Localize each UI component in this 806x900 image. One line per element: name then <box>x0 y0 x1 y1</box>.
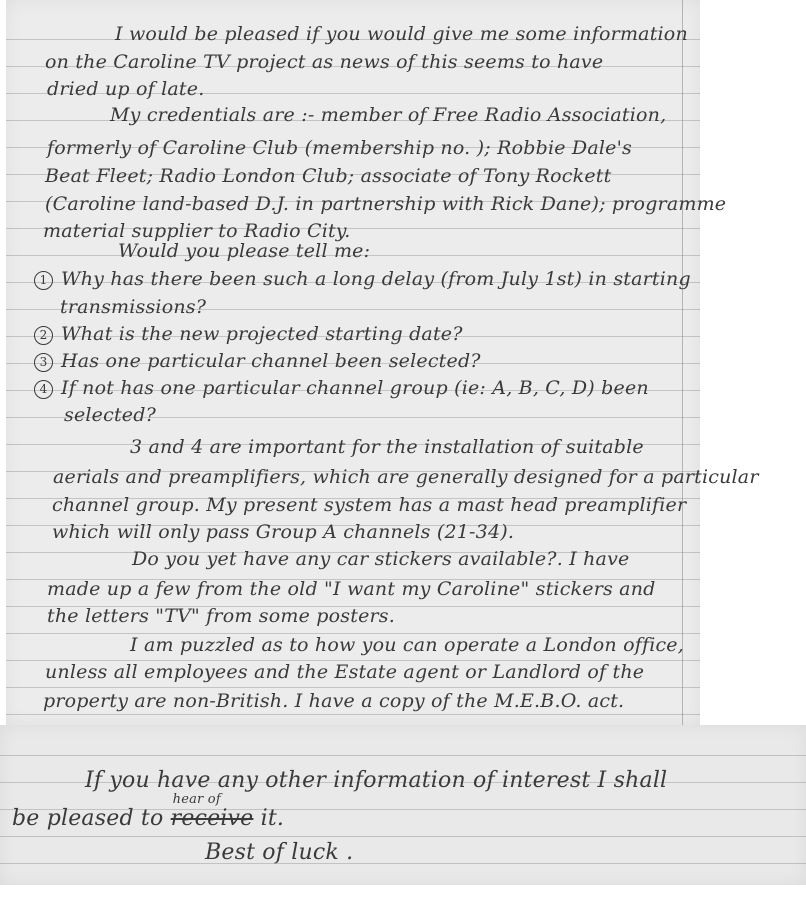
struck-word: receive <box>171 806 254 831</box>
letter-line: I am puzzled as to how you can operate a… <box>130 634 684 656</box>
letter-line: be pleased to hear of receive it. <box>12 806 284 831</box>
letter-line: 3 and 4 are important for the installati… <box>130 436 644 458</box>
question-number: 1 <box>34 271 53 290</box>
inserted-word: hear of <box>173 792 221 807</box>
letter-line: unless all employees and the Estate agen… <box>45 661 644 683</box>
letter-line: on the Caroline TV project as news of th… <box>45 51 603 73</box>
question-continuation: selected? <box>64 404 156 426</box>
letter-line: dried up of late. <box>47 78 204 100</box>
letter-line: If you have any other information of int… <box>85 768 667 793</box>
question-text: What is the new projected starting date? <box>61 323 463 345</box>
closing-signoff: Best of luck . <box>205 840 353 865</box>
line-suffix: it. <box>261 806 284 831</box>
letter-line: Do you yet have any car stickers availab… <box>132 548 629 570</box>
letter-line: which will only pass Group A channels (2… <box>52 521 514 543</box>
question-number: 4 <box>34 380 53 399</box>
question-text: If not has one particular channel group … <box>61 377 649 399</box>
line-prefix: be pleased to <box>12 806 163 831</box>
question-item: 3Has one particular channel been selecte… <box>34 350 481 372</box>
letter-line: made up a few from the old "I want my Ca… <box>47 578 656 600</box>
letter-line: property are non-British. I have a copy … <box>43 690 624 712</box>
question-item: 2What is the new projected starting date… <box>34 323 463 345</box>
letter-line: I would be pleased if you would give me … <box>115 23 688 45</box>
letter-line: My credentials are :- member of Free Rad… <box>110 104 666 126</box>
letter-line: material supplier to Radio City. <box>43 220 350 242</box>
question-text: Has one particular channel been selected… <box>61 350 481 372</box>
letter-line: (Caroline land-based D.J. in partnership… <box>45 193 726 215</box>
question-item: 1Why has there been such a long delay (f… <box>34 268 691 290</box>
question-text: Why has there been such a long delay (fr… <box>61 268 691 290</box>
letter-line: aerials and preamplifiers, which are gen… <box>53 466 759 488</box>
correction: hear of receive <box>171 806 254 831</box>
question-number: 2 <box>34 326 53 345</box>
letter-line: channel group. My present system has a m… <box>52 494 686 516</box>
letter-line: Would you please tell me: <box>118 240 370 262</box>
letter-line: Beat Fleet; Radio London Club; associate… <box>45 165 611 187</box>
question-continuation: transmissions? <box>60 296 206 318</box>
letter-line: formerly of Caroline Club (membership no… <box>47 137 632 159</box>
question-number: 3 <box>34 353 53 372</box>
letter-line: the letters "TV" from some posters. <box>47 605 395 627</box>
letter-page-bottom <box>0 725 806 885</box>
question-item: 4If not has one particular channel group… <box>34 377 649 399</box>
